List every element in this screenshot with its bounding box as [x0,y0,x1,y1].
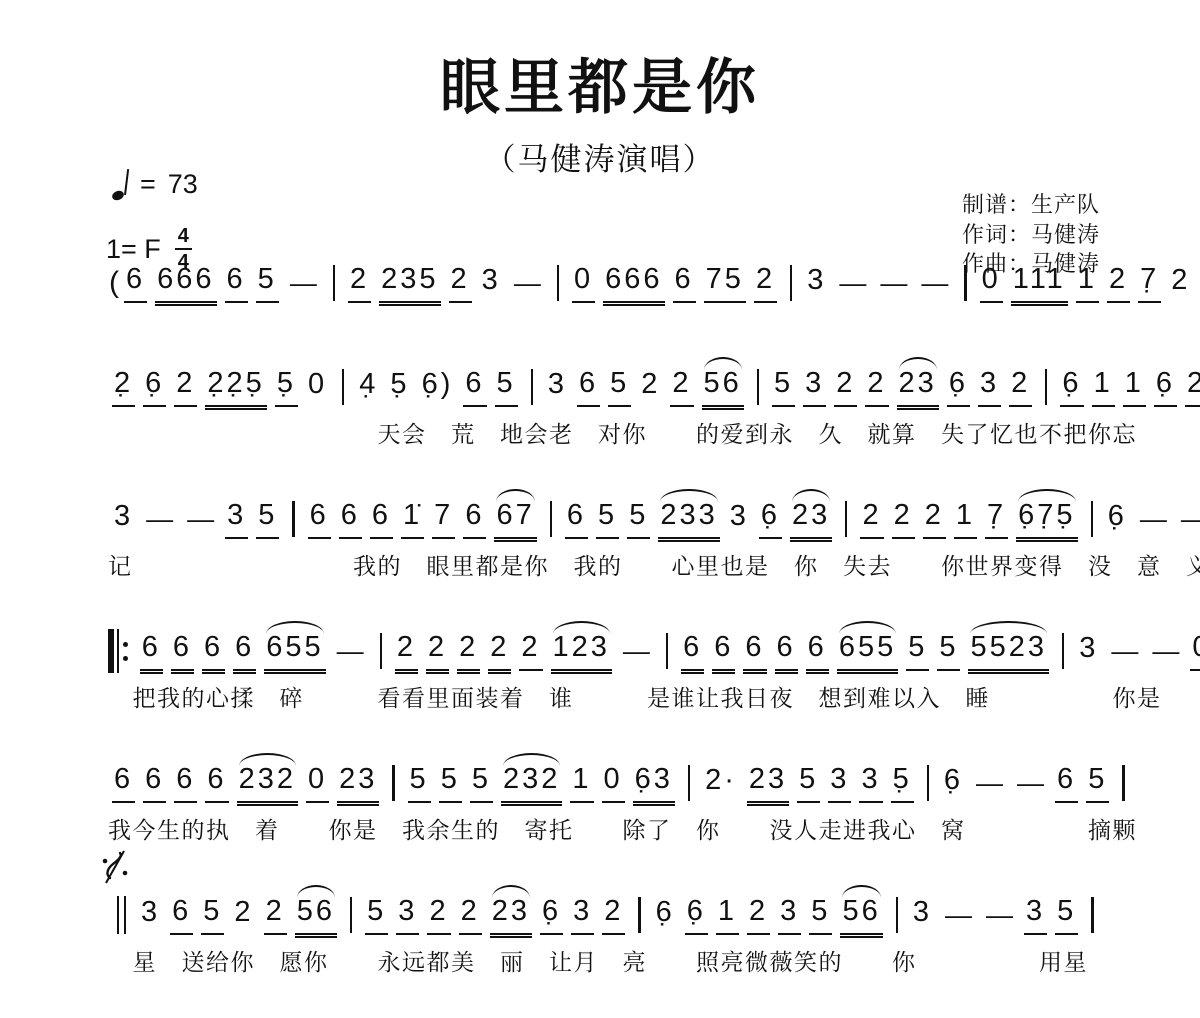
note: 655 [264,631,325,670]
note: 2 [519,631,542,670]
note: 5̣ [891,763,914,802]
note: 6 [565,499,588,538]
note: 232 [501,763,562,802]
note: 6̣ [685,895,708,934]
note: 5523 [968,631,1049,670]
note: 5 [439,763,462,802]
note: 0 [572,263,595,302]
note: 0 [1190,631,1200,670]
score: (666665—223523—066667523———0111127̣25̣3̣… [0,252,1200,974]
note: 123 [551,631,612,670]
note: 3 [1077,632,1100,669]
note: 2 [1009,367,1032,406]
barline [531,369,533,405]
note: 6̣ [1106,500,1129,537]
note: 2 [459,895,482,934]
note: 2 [747,895,770,934]
note: 3 [480,264,503,301]
note: 6 [370,499,393,538]
dash-extension: — [1017,768,1044,799]
note: 5 [772,367,795,406]
note: 6 [205,763,228,802]
music-line-block: 2̣6̣22̣2̣5̣5̣04̣5̣6̣)6536522565322236̣32… [108,364,1120,446]
barline [666,633,668,669]
note: 6̣) [420,368,456,405]
barline [964,265,966,301]
dash-extension: — [880,268,907,299]
note: 6 [743,631,766,670]
credit-arranger: 制谱：生产队 [962,190,1100,220]
notation-row: 36522565322236̣326̣6̣1235563——35 [108,892,1120,938]
note: 6 [140,631,163,670]
note: 3 [546,368,569,405]
note: 2 [488,631,511,670]
note: 2 [348,263,371,302]
note: 7̣ [985,499,1008,538]
segno-icon [100,848,130,891]
note: 6̣ [942,764,965,801]
note: 5 [495,367,518,406]
notation-row: 3——356661̇766765523336̣2322217̣6̣7̣5̣6̣—… [108,496,1120,542]
note: 3 [1024,895,1047,934]
lyrics-row: 记 我的 眼里都是你 我的 心里也是 你 失去 你世界变得 没 意 义 [108,548,1120,578]
note: 6 [308,499,331,538]
note: 6 [339,499,362,538]
note: 6 [712,631,735,670]
barline [392,765,394,801]
note: 0 [602,763,625,802]
note: 3 [805,264,828,301]
dash-extension: — [514,268,541,299]
note: 3 [112,500,135,537]
note: 5 [627,499,650,538]
note: 5 [256,499,279,538]
note: 6 [112,763,135,802]
dash-extension: — [187,504,214,535]
note: 1 [716,895,739,934]
note: 6 [171,631,194,670]
dash-extension: — [1152,636,1179,667]
barline [845,501,847,537]
note: 2 [174,367,197,406]
barline [688,765,690,801]
dash-extension: — [146,504,173,535]
note: 5 [408,763,431,802]
tempo-bpm: 73 [168,169,198,200]
header: 眼里都是你 （马健涛演唱） = 73 1= F 4 4 制谱：生产队 作词：马健… [0,0,1200,252]
note: 5 [596,499,619,538]
note: 6 [143,763,166,802]
dash-extension: — [623,636,650,667]
note: 5 [365,895,388,934]
lyrics-row: 把我的心揉 碎 看看里面装着 谁 是谁让我日夜 想到难以入 睡 你是 [108,680,1120,710]
barline [557,265,559,301]
credit-lyricist: 作词：马健涛 [962,220,1100,250]
note: 2 [427,895,450,934]
dash-extension: — [337,636,364,667]
note: 2 [860,499,883,538]
note: 56 [702,367,744,406]
note: 6 [673,263,696,302]
note: 5 [201,895,224,934]
lyrics-row: 天会 荒 地会老 对你 的爱到永 久 就算 失了忆也不把你忘 [108,416,1120,446]
note: 2 [426,631,449,670]
note: 6̣ [759,499,782,538]
note: 2̣ [112,367,135,406]
note: 5 [608,367,631,406]
note: 2 [834,367,857,406]
note: 3 [859,763,882,802]
note: 1 [1123,367,1146,406]
note: 6 [681,631,704,670]
note: 2 [639,368,662,405]
note: 1 [570,763,593,802]
note: 75 [704,263,746,302]
note: 2 [1169,264,1192,301]
note: 2 [449,263,472,302]
barline [1091,501,1093,537]
note: 666 [155,263,216,302]
dash-extension: — [1111,636,1138,667]
tempo-equals: = [140,169,156,200]
dash-extension: — [839,268,866,299]
note: 6̣ [143,367,166,406]
note: 6̣ [1060,367,1083,406]
quarter-note-icon [112,168,128,200]
note: 2 [670,367,693,406]
barline [550,501,552,537]
note: 3 [911,896,934,933]
notation-row: (666665—223523—066667523———0111127̣25̣3̣… [108,260,1120,306]
note: 5 [937,631,960,670]
barline [927,765,929,801]
notation-row: 6666232023555232106̣32·235335̣6̣——65 [108,760,1120,806]
note: 6 [170,895,193,934]
note: 7 [432,499,455,538]
note: 1 [1092,367,1115,406]
repeat-start-barline [108,629,128,673]
note: 235 [379,263,440,302]
note: 6 [233,631,256,670]
notation-row: 6666655—22222123—666666555555233——035 [108,628,1120,674]
note: 6 [577,367,600,406]
note: 23 [490,895,532,934]
barline [1062,633,1064,669]
note: 6̣3 [633,763,675,802]
note: 0 [980,263,1003,302]
music-line-block: 6666232023555232106̣32·235335̣6̣——65我今生的… [108,760,1120,842]
note: 111 [1011,263,1068,302]
note: 5 [256,263,279,302]
barline [757,369,759,405]
note: 666 [603,263,664,302]
barline [292,501,294,537]
double-barline [117,896,126,934]
note: 1 [954,499,977,538]
music-line-block: 6666655—22222123—666666555555233——035 把我… [108,628,1120,710]
note: 3 [728,500,751,537]
note: 6̣ [540,895,563,934]
note: 2 [892,499,915,538]
dash-extension: — [976,768,1003,799]
dash-extension: — [290,268,317,299]
sheet-music-page: 眼里都是你 （马健涛演唱） = 73 1= F 4 4 制谱：生产队 作词：马健… [0,0,1200,1018]
note: 6̣ [947,367,970,406]
barline [350,897,352,933]
note: 6̣7̣5̣ [1016,499,1077,538]
music-line-block: (666665—223523—066667523———0111127̣25̣3̣… [108,260,1120,306]
note: 5 [809,895,832,934]
note: 4̣ [357,368,380,405]
note: 6̣ [1154,367,1177,406]
note: 3 [571,895,594,934]
note: 2̣2̣5̣ [205,367,266,406]
note: 3 [139,896,162,933]
dash-extension: — [921,268,948,299]
barline [790,265,792,301]
notation-row: 2̣6̣22̣2̣5̣5̣04̣5̣6̣)6536522565322236̣32… [108,364,1120,410]
note: 6 [202,631,225,670]
note: 56 [840,895,882,934]
note: 5 [1055,895,1078,934]
note: 6 [775,631,798,670]
note: 2 [754,263,777,302]
note: 23 [747,763,789,802]
time-signature-numerator: 4 [175,226,192,250]
barline [380,633,382,669]
lyrics-row: 我今生的执 着 你是 我余生的 寄托 除了 你 没人走进我心 窝 摘颗 [108,812,1120,842]
tempo-marking: = 73 [112,168,198,200]
note: 6 [174,763,197,802]
note: 6̣ [654,896,677,933]
note: 6 [124,263,147,302]
note: 2 [1185,367,1200,406]
note: 5 [797,763,820,802]
note: 2 [865,367,888,406]
note: 5 [470,763,493,802]
barline [896,897,898,933]
note: 6 [225,263,248,302]
note: 67 [494,499,536,538]
barline [1045,369,1047,405]
song-title: 眼里都是你 [0,0,1200,126]
note: 5̣ [388,368,411,405]
note: 0 [306,368,329,405]
note: 1̇ [401,499,424,538]
note: 23 [337,763,379,802]
barline [638,897,640,933]
barline [333,265,335,301]
note: 2 [232,896,255,933]
note: 2 [264,895,287,934]
barline [1091,897,1093,933]
note: 3 [225,499,248,538]
note: 23 [897,367,939,406]
note: 56 [295,895,337,934]
note: 23 [790,499,832,538]
note: 2 [457,631,480,670]
parenthesis: ( [109,266,119,300]
note: 5 [1086,763,1109,802]
barline [1122,765,1124,801]
note: 233 [658,499,719,538]
music-line-block: 36522565322236̣326̣6̣1235563——35 星 送给你 愿… [108,892,1120,974]
note: 3 [978,367,1001,406]
note: 6 [463,367,486,406]
note: 1 [1076,263,1099,302]
note: 5̣ [275,367,298,406]
note: 6 [463,499,486,538]
note: 6 [1055,763,1078,802]
dash-extension: — [1140,504,1167,535]
note: 3 [778,895,801,934]
note: 2 [1107,263,1130,302]
note: 2 [602,895,625,934]
lyrics-row: 星 送给你 愿你 永远都美 丽 让月 亮 照亮微薇笑的 你 用星 [108,944,1120,974]
note: 3 [396,895,419,934]
dash-extension: — [1181,504,1200,535]
note: 232 [237,763,298,802]
barline [342,369,344,405]
note: 3 [803,367,826,406]
note: 3 [828,763,851,802]
note: 5 [906,631,929,670]
note: 2 [395,631,418,670]
note: 2· [703,764,739,801]
note: 7̣ [1138,263,1161,302]
note: 2 [923,499,946,538]
note: 655 [837,631,898,670]
note: 6 [806,631,829,670]
dash-extension: — [986,900,1013,931]
music-line-block: 3——356661̇766765523336̣2322217̣6̣7̣5̣6̣—… [108,496,1120,578]
note: 0 [306,763,329,802]
dash-extension: — [945,900,972,931]
